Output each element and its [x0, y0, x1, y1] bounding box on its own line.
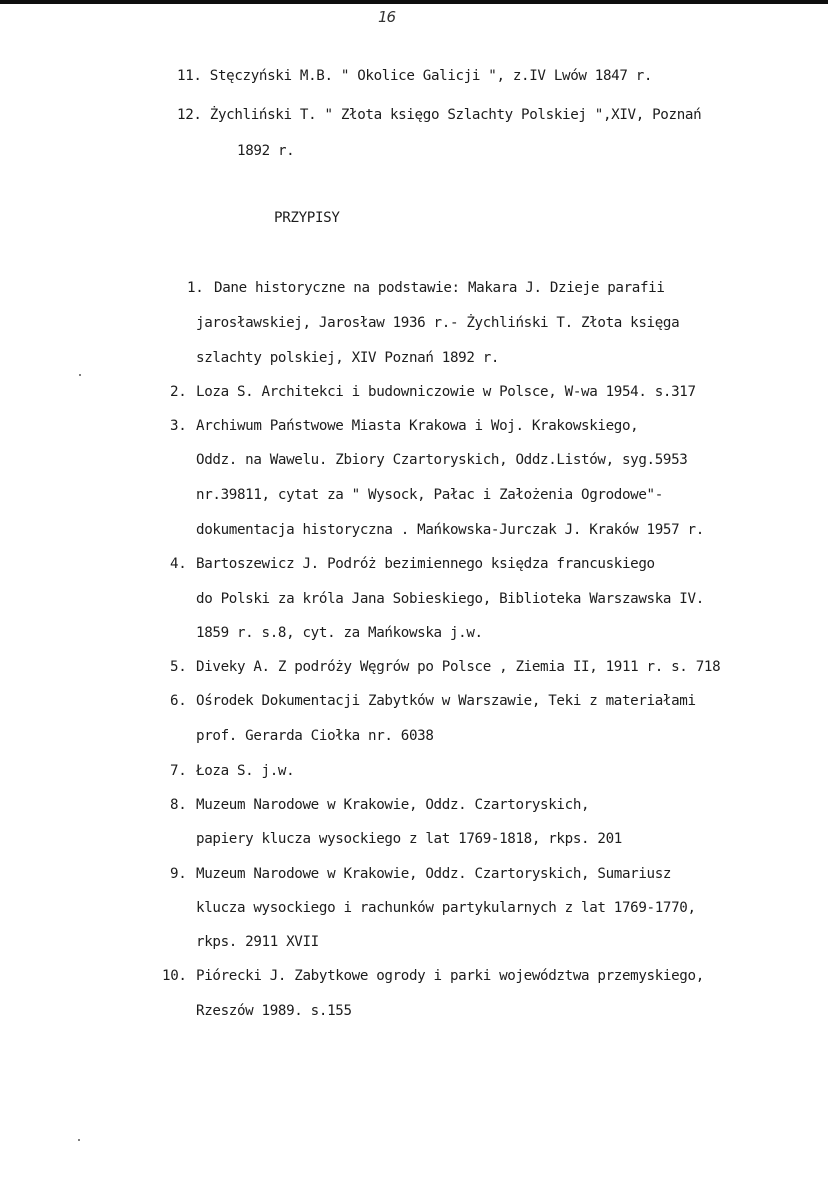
footnote-6-number: 6. — [170, 692, 186, 710]
footnote-3-line-2: Oddz. na Wawelu. Zbiory Czartoryskich, O… — [196, 451, 688, 469]
footnote-10-line-2: Rzeszów 1989. s.155 — [196, 1002, 352, 1020]
footnote-9-line-3: rkps. 2911 XVII — [196, 933, 319, 951]
footnote-4-line-2: do Polski za króla Jana Sobieskiego, Bib… — [196, 590, 704, 608]
footnote-5-number: 5. — [170, 658, 186, 676]
footnote-3-number: 3. — [170, 417, 186, 435]
footnote-9-line-1: Muzeum Narodowe w Krakowie, Oddz. Czarto… — [196, 865, 671, 883]
footnote-7-number: 7. — [170, 762, 186, 780]
footnote-2-number: 2. — [170, 383, 186, 401]
footnote-3-line-1: Archiwum Państwowe Miasta Krakowa i Woj.… — [196, 417, 638, 435]
footnote-4-line-3: 1859 r. s.8, cyt. za Mańkowska j.w. — [196, 624, 483, 642]
bibliography-entry-12-line-2: 1892 r. — [237, 142, 294, 160]
footnotes-heading: PRZYPISY — [274, 210, 340, 226]
footnote-4-number: 4. — [170, 555, 186, 573]
bibliography-entry-12-line-1: 12. Żychliński T. " Złota księgo Szlacht… — [177, 106, 701, 124]
footnote-1-number: 1. — [187, 279, 203, 297]
footnote-8-line-2: papiery klucza wysockiego z lat 1769-181… — [196, 830, 622, 848]
footnote-3-line-3: nr.39811, cytat za " Wysock, Pałac i Zał… — [196, 486, 663, 504]
footnote-5-line-1: Diveky A. Z podróży Węgrów po Polsce , Z… — [196, 658, 720, 676]
footnote-4-line-1: Bartoszewicz J. Podróż bezimiennego księ… — [196, 555, 655, 573]
footnote-8-line-1: Muzeum Narodowe w Krakowie, Oddz. Czarto… — [196, 796, 589, 814]
footnote-1-line-1: Dane historyczne na podstawie: Makara J.… — [214, 279, 665, 297]
footnote-6-line-2: prof. Gerarda Ciołka nr. 6038 — [196, 727, 434, 745]
scan-top-edge — [0, 0, 828, 4]
footnote-10-line-1: Piórecki J. Zabytkowe ogrody i parki woj… — [196, 967, 704, 985]
footnote-10-number: 10. — [162, 967, 187, 985]
footnote-1-line-2: jarosławskiej, Jarosław 1936 r.- Żychliń… — [196, 314, 679, 332]
margin-mark — [78, 1139, 80, 1141]
page-number: 16 — [378, 8, 395, 26]
footnote-6-line-1: Ośrodek Dokumentacji Zabytków w Warszawi… — [196, 692, 696, 710]
margin-mark — [79, 374, 81, 376]
footnote-1-line-3: szlachty polskiej, XIV Poznań 1892 r. — [196, 349, 499, 367]
footnote-9-line-2: klucza wysockiego i rachunków partykular… — [196, 899, 696, 917]
footnote-7-line-1: Łoza S. j.w. — [196, 762, 294, 780]
footnote-3-line-4: dokumentacja historyczna . Mańkowska-Jur… — [196, 521, 704, 539]
footnote-2-line-1: Loza S. Architekci i budowniczowie w Pol… — [196, 383, 696, 401]
bibliography-entry-11: 11. Stęczyński M.B. " Okolice Galicji ",… — [177, 67, 652, 85]
footnote-9-number: 9. — [170, 865, 186, 883]
footnote-8-number: 8. — [170, 796, 186, 814]
